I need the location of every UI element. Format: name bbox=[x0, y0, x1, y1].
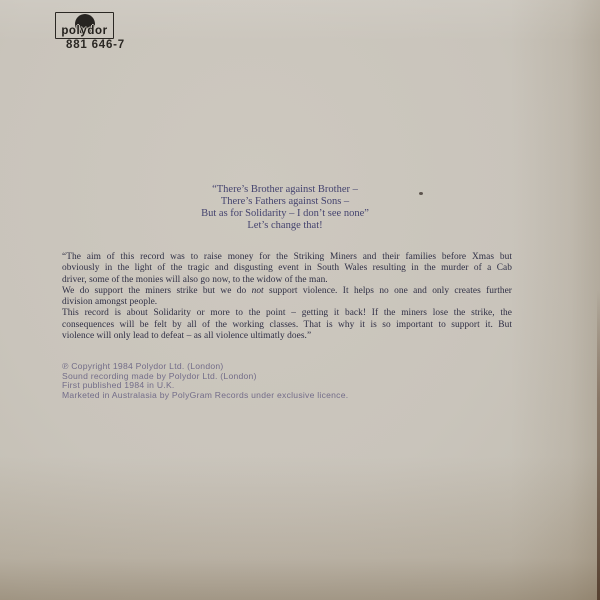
dust-speck bbox=[419, 192, 423, 195]
credit-line: Marketed in Australasia by PolyGram Reco… bbox=[62, 391, 348, 401]
quote-line: But as for Solidarity – I don’t see none… bbox=[201, 208, 369, 220]
text-line: This record is about Solidarity or more … bbox=[62, 308, 512, 319]
text-line: “The aim of this record was to raise mon… bbox=[62, 252, 512, 263]
polydor-logo: polydor bbox=[55, 12, 114, 39]
credits-block: ℗ Copyright 1984 Polydor Ltd. (London)So… bbox=[62, 362, 348, 400]
liner-notes-paragraph: “The aim of this record was to raise mon… bbox=[62, 252, 512, 342]
text-line: driver, some of the monies will also go … bbox=[62, 275, 512, 286]
text-line: division amongst people. bbox=[62, 297, 512, 308]
record-sleeve-back: polydor 881 646-7 “There’s Brother again… bbox=[0, 0, 600, 600]
quote-line: There’s Fathers against Sons – bbox=[201, 196, 369, 208]
logo-wordmark: polydor bbox=[56, 25, 113, 37]
quote-block: “There’s Brother against Brother –There’… bbox=[201, 184, 369, 232]
text-line: violence will only lead to defeat – as a… bbox=[62, 331, 512, 342]
quote-line: Let’s change that! bbox=[201, 220, 369, 232]
catalog-number: 881 646-7 bbox=[66, 39, 125, 51]
text-line: We do support the miners strike but we d… bbox=[62, 286, 512, 297]
quote-line: “There’s Brother against Brother – bbox=[201, 184, 369, 196]
text-line: obviously in the light of the tragic and… bbox=[62, 263, 512, 274]
text-line: consequences will be felt by all of the … bbox=[62, 320, 512, 331]
